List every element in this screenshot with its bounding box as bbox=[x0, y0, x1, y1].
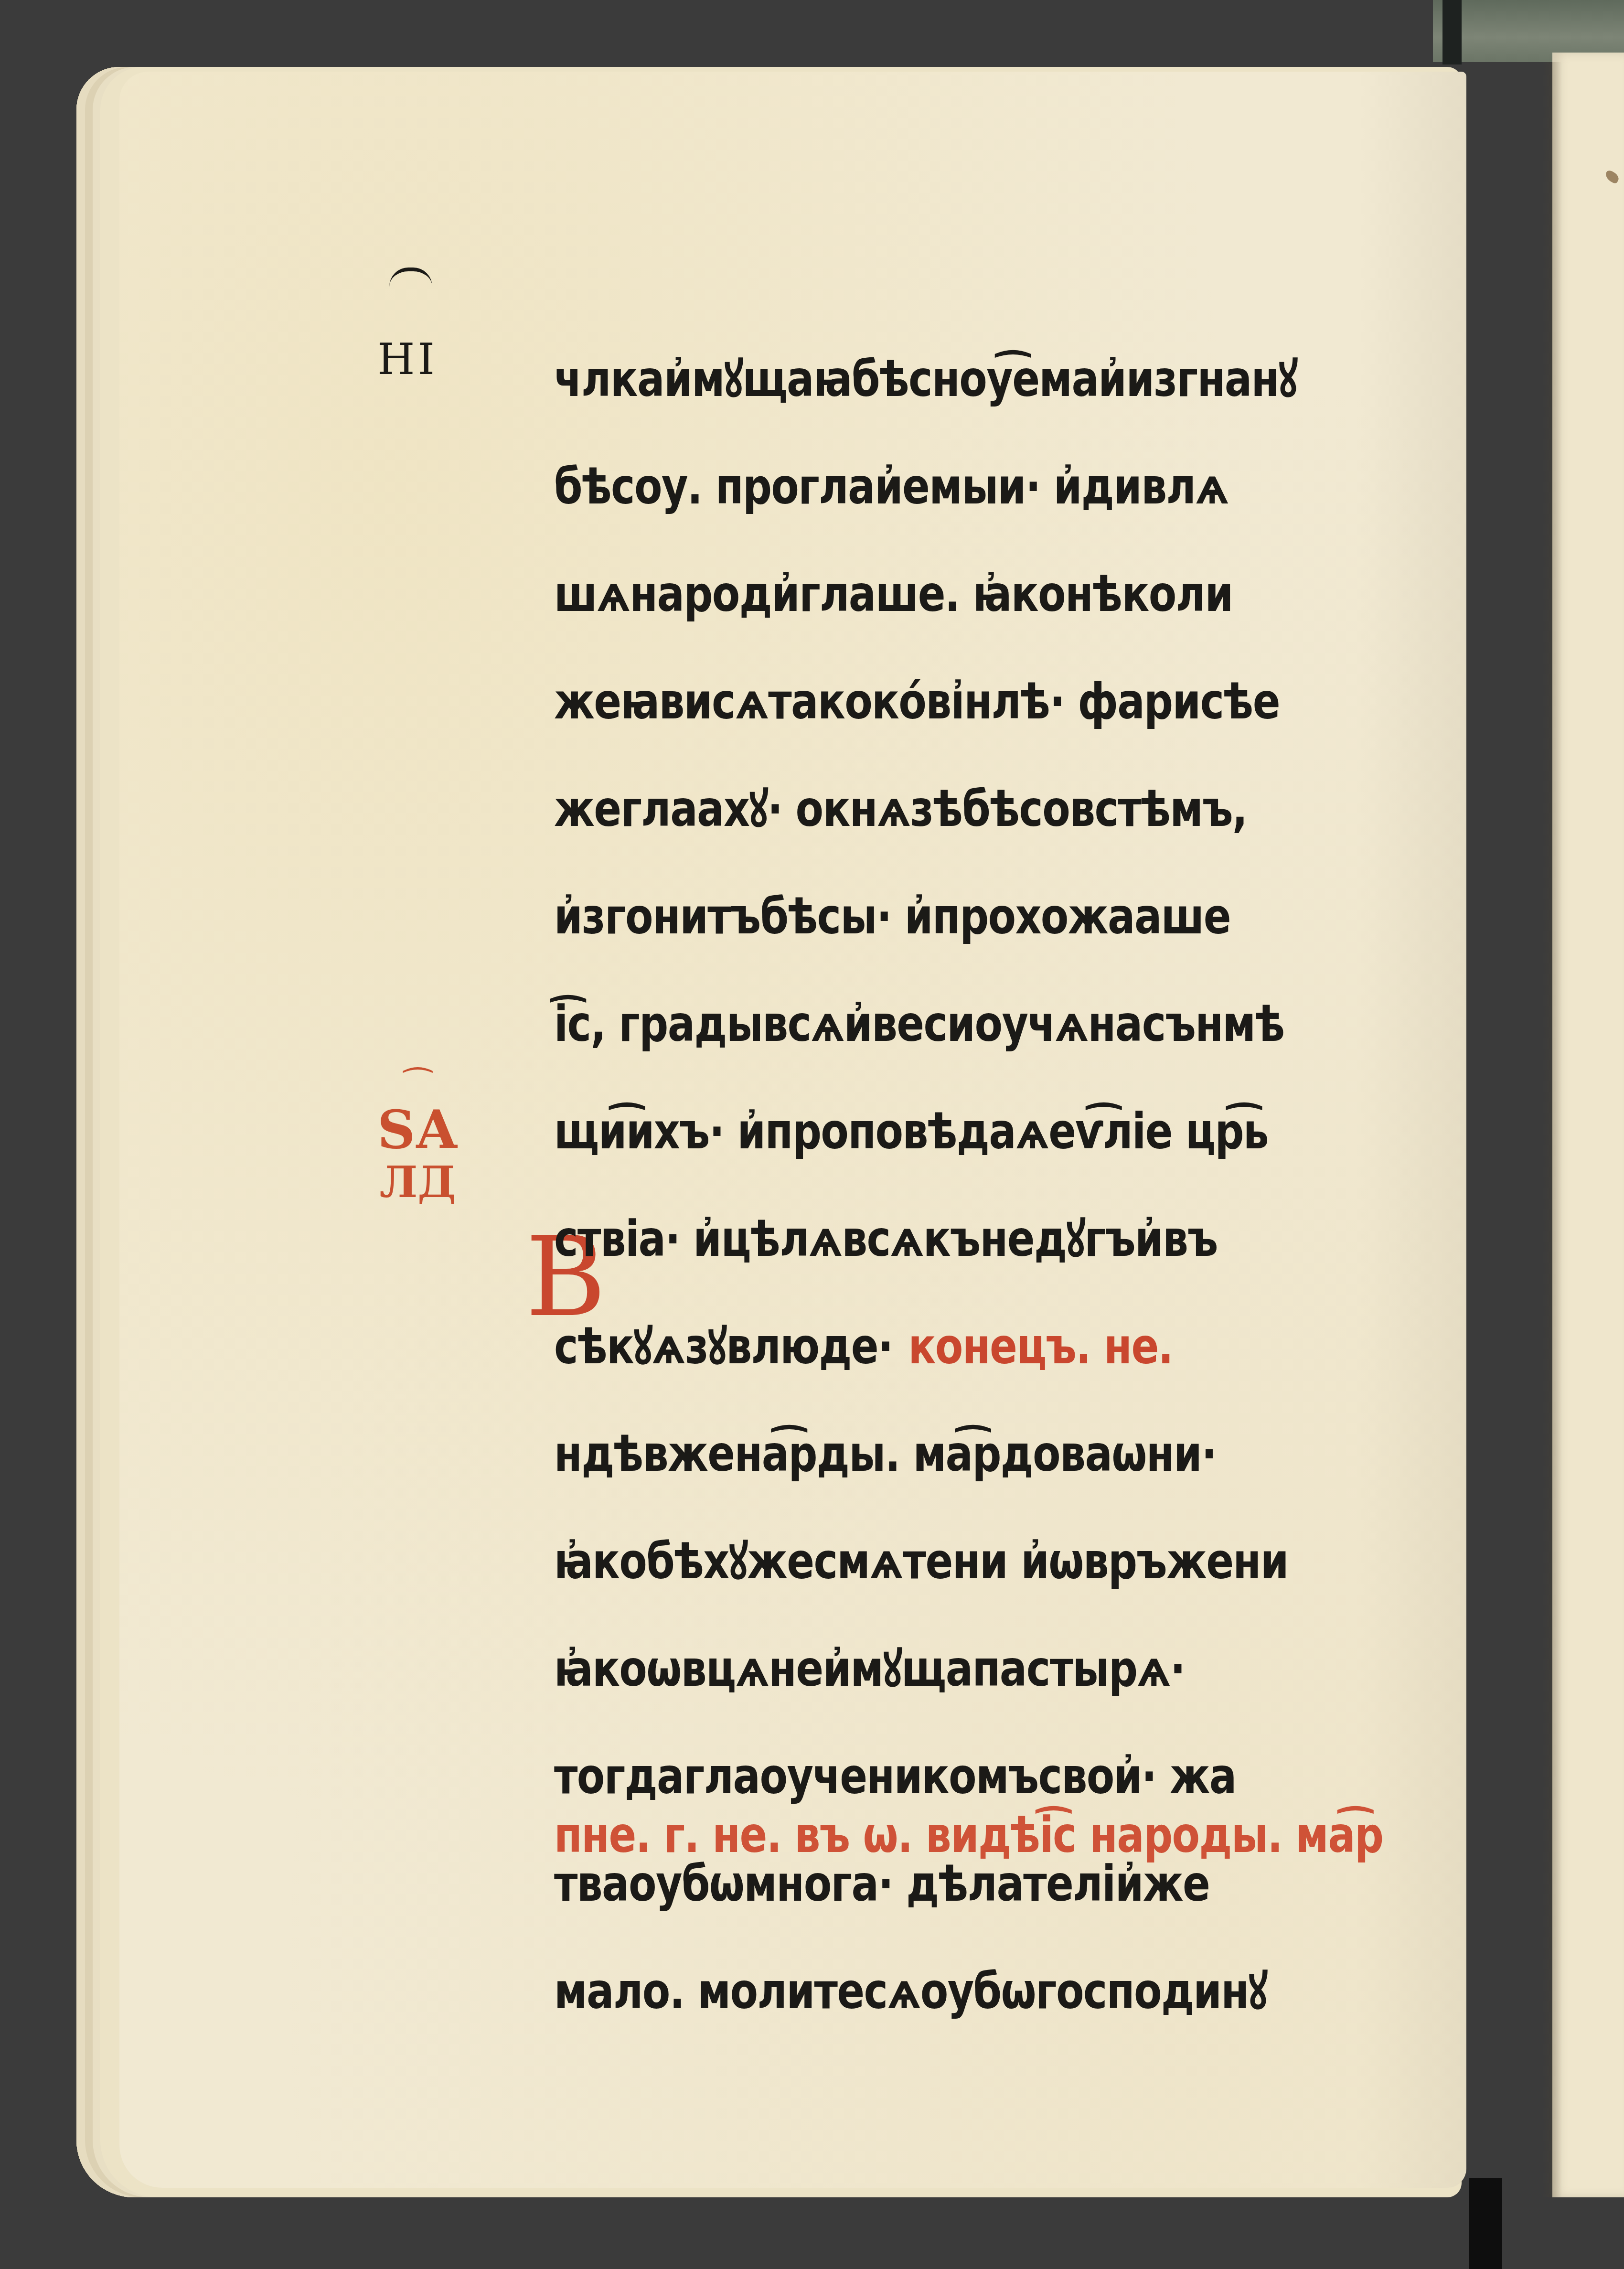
rubric-end-marker: конецъ. не. bbox=[908, 1321, 1173, 1371]
line-text: жеглаахꙋ· окнѧзѣбѣсовстѣмъ, bbox=[554, 784, 1247, 834]
text-line: шѧнароди҆глаше. ꙗ҆конѣколи bbox=[554, 511, 1298, 619]
margin-sub: ЛД bbox=[380, 1161, 456, 1204]
line-text: бѣсоу. проглаи҆емыи· и҆дивлѧ bbox=[554, 461, 1229, 511]
text-line: и҆згонитъбѣсы· и҆прохожааше bbox=[554, 834, 1298, 941]
line-text: мало. молитесѧоубѡгосподинꙋ bbox=[554, 1966, 1267, 2016]
line-text: ꙗ҆коѡвцѧнеи҆мꙋщапастырѧ· bbox=[554, 1644, 1185, 1693]
folio-number: НІ bbox=[377, 334, 438, 385]
text-line: сѣкꙋѧзꙋвлюде·конецъ. не. bbox=[554, 1263, 1298, 1371]
line-text: и҆згонитъбѣсы· и҆прохожааше bbox=[554, 891, 1230, 941]
text-line: жеглаахꙋ· окнѧзѣбѣсовстѣмъ, bbox=[554, 726, 1298, 834]
closing-rubric-line: пне. г. не. въ ѡ. видѣі͡с народы. ма͡р bbox=[554, 1806, 1383, 1864]
line-text: ꙗ҆кобѣхꙋжесмѧтени и҆ѡвръжени bbox=[554, 1536, 1288, 1586]
line-text: ствіа· и҆цѣлѧвсѧкънедꙋгъи҆въ bbox=[554, 1214, 1218, 1263]
text-line: бѣсоу. проглаи҆емыи· и҆дивлѧ bbox=[554, 404, 1298, 511]
text-line: ндѣвжена͡рды. ма͡рдоваѡни· bbox=[554, 1371, 1298, 1478]
margin-lection-note: ⁀ ЅА ЛД bbox=[377, 1070, 458, 1204]
text-line: мало. молитесѧоубѡгосподинꙋ bbox=[554, 1908, 1298, 2016]
text-block: члкаи҆мꙋщаꙗбѣсноу͡емаи҆изгнанꙋ бѣсоу. пр… bbox=[554, 296, 1462, 2016]
line-text: і͡с, градывсѧи҆весиоучѧнасънмѣ bbox=[554, 999, 1284, 1049]
text-line: жеꙗвисѧтакоко́ві҆нлѣ· фарисѣе bbox=[554, 619, 1298, 726]
line-text: тваоубѡмнога· дѣлателіи҆же bbox=[554, 1859, 1209, 1908]
text-line: і͡с, градывсѧи҆весиоучѧнасънмѣ bbox=[554, 941, 1298, 1049]
line-text: сѣкꙋѧзꙋвлюде· bbox=[554, 1321, 893, 1371]
line-text: щи͡ихъ· и҆проповѣдаѧеѵ͡ліе цр͡ь bbox=[554, 1106, 1268, 1156]
gutter-shadow bbox=[1543, 62, 1562, 2197]
line-text: члкаи҆мꙋщаꙗбѣсноу͡емаи҆изгнанꙋ bbox=[554, 354, 1297, 404]
facing-page bbox=[1552, 53, 1624, 2197]
margin-number: ЅА bbox=[377, 1103, 458, 1156]
text-line: члкаи҆мꙋщаꙗбѣсноу͡емаи҆изгнанꙋ bbox=[554, 296, 1298, 404]
text-line: ꙗ҆коѡвцѧнеи҆мꙋщапастырѧ· bbox=[554, 1586, 1298, 1693]
text-line: щи͡ихъ· и҆проповѣдаѧеѵ͡ліе цр͡ь bbox=[554, 1049, 1298, 1156]
book-spine bbox=[1469, 2178, 1502, 2269]
line-text: жеꙗвисѧтакоко́ві҆нлѣ· фарисѣе bbox=[554, 676, 1280, 726]
line-text: тогдаглаоученикомъсвои҆· жа bbox=[554, 1751, 1236, 1801]
line-text: ндѣвжена͡рды. ма͡рдоваѡни· bbox=[554, 1429, 1216, 1478]
text-line: ꙗ҆кобѣхꙋжесмѧтени и҆ѡвръжени bbox=[554, 1478, 1298, 1586]
book-spine-shadow bbox=[1442, 0, 1462, 64]
text-line: тогдаглаоученикомъсвои҆· жа bbox=[554, 1693, 1298, 1801]
text-line: ствіа· и҆цѣлѧвсѧкънедꙋгъи҆въ bbox=[554, 1156, 1298, 1263]
line-text: шѧнароди҆глаше. ꙗ҆конѣколи bbox=[554, 569, 1233, 619]
